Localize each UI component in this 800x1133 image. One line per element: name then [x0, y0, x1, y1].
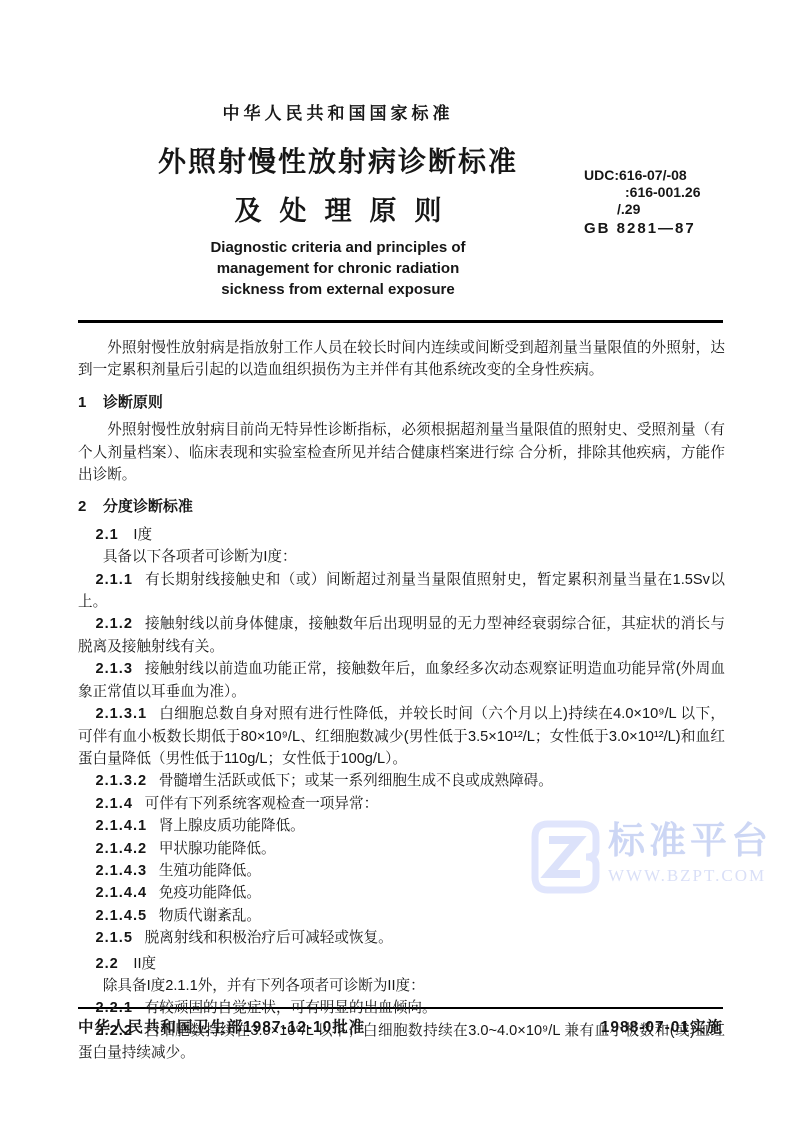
clause-text: 物质代谢紊乱。 — [159, 908, 261, 924]
clause-2-1-4-1: 2.1.4.1肾上腺皮质功能降低。 — [78, 815, 725, 837]
clause-number: 2.1.3.2 — [96, 773, 148, 789]
header-divider-rule — [78, 320, 723, 323]
lead-in-grade1: 具备以下各项者可诊断为I度： — [78, 546, 725, 568]
paragraph-text: 外照射慢性放射病目前尚无特异性诊断指标，必须根据超剂量当量限值的照射史、受照剂量… — [78, 422, 725, 483]
clause-2-1-4-3: 2.1.4.3生殖功能降低。 — [78, 860, 725, 882]
clause-number: 2.2.2 — [96, 1023, 133, 1039]
clause-2-1-2: 2.1.2接触射线以前身体健康，接触数年后出现明显的无力型神经衰弱综合征，其症状… — [78, 613, 725, 658]
clause-2-1-4-5: 2.1.4.5物质代谢紊乱。 — [78, 905, 725, 927]
clause-text: 白细胞总数自身对照有进行性降低，并较长时间（六个月以上)持续在4.0×10⁹/L… — [78, 706, 725, 767]
heading-text: 分度诊断标准 — [103, 498, 193, 515]
clause-text: I度 — [133, 527, 152, 543]
clause-2-1-4-2: 2.1.4.2甲状腺功能降低。 — [78, 838, 725, 860]
clause-text: 骨髓增生活跃或低下；或某一系列细胞生成不良或成熟障碍。 — [159, 773, 553, 789]
standard-number: GB 8281—87 — [584, 220, 701, 237]
lead-in-grade2: 除具备I度2.1.1外，并有下列各项者可诊断为II度： — [78, 975, 725, 997]
clause-text: 接触射线以前造血功能正常，接触数年后，血象经多次动态观察证明造血功能异常(外周血… — [78, 661, 725, 699]
udc-classification: UDC:616-07/-08 :616-001.26 /.29 GB 8281—… — [584, 167, 701, 237]
clause-number: 2.1.2 — [96, 616, 133, 632]
clause-text: 可伴有下列系统客观检查一项异常： — [145, 796, 379, 812]
clause-2-1-5: 2.1.5脱离射线和积极治疗后可减轻或恢复。 — [78, 927, 725, 949]
clause-text: 白细胞数持续在3.0×10⁹/L 以下；白细胞数持续在3.0~4.0×10⁹/L… — [78, 1023, 725, 1061]
english-title-line3: sickness from external exposure — [0, 279, 676, 300]
clause-2-1-4-4: 2.1.4.4免疫功能降低。 — [78, 882, 725, 904]
document-title-line1: 外照射慢性放射病诊断标准 — [0, 140, 676, 180]
document-title-line2: 及处理原则 — [0, 189, 676, 228]
document-page: 中华人民共和国国家标准 外照射慢性放射病诊断标准 及处理原则 Diagnosti… — [0, 0, 800, 1133]
subheading-2-1: 2.1I度 — [78, 524, 725, 546]
english-title-line2: management for chronic radiation — [0, 258, 676, 279]
clause-text: 有较顽固的自觉症状，可有明显的出血倾向。 — [145, 1000, 437, 1016]
clause-number: 2.2 — [96, 956, 119, 972]
heading-text: 诊断原则 — [103, 394, 163, 411]
clause-number: 2.1.4 — [96, 796, 133, 812]
paragraph-text: 具备以下各项者可诊断为I度： — [103, 549, 297, 565]
clause-number: 2.1.4.2 — [96, 841, 148, 857]
udc-line1: UDC:616-07/-08 — [584, 167, 701, 184]
clause-2-2-2: 2.2.2白细胞数持续在3.0×10⁹/L 以下；白细胞数持续在3.0~4.0×… — [78, 1020, 725, 1065]
heading-2: 2分度诊断标准 — [78, 496, 725, 518]
clause-number: 2.1.3 — [96, 661, 133, 677]
clause-text: 肾上腺皮质功能降低。 — [159, 818, 305, 834]
heading-1: 1诊断原则 — [78, 392, 725, 414]
clause-number: 2.2.1 — [96, 1000, 133, 1016]
paragraph-text: 除具备I度2.1.1外，并有下列各项者可诊断为II度： — [103, 978, 425, 994]
clause-number: 2.1.4.3 — [96, 863, 148, 879]
subheading-2-2: 2.2II度 — [78, 953, 725, 975]
clause-text: II度 — [133, 956, 156, 972]
clause-2-1-3-1: 2.1.3.1白细胞总数自身对照有进行性降低，并较长时间（六个月以上)持续在4.… — [78, 703, 725, 770]
clause-2-2-1: 2.2.1有较顽固的自觉症状，可有明显的出血倾向。 — [78, 997, 725, 1019]
intro-paragraph: 外照射慢性放射病是指放射工作人员在较长时间内连续或间断受到超剂量当量限值的外照射… — [78, 337, 725, 382]
heading-number: 1 — [78, 394, 86, 411]
udc-line3: /.29 — [584, 201, 701, 218]
clause-text: 接触射线以前身体健康，接触数年后出现明显的无力型神经衰弱综合征，其症状的消长与脱… — [78, 616, 725, 654]
clause-text: 甲状腺功能降低。 — [159, 841, 276, 857]
clause-number: 2.1.4.4 — [96, 885, 148, 901]
clause-number: 2.1.5 — [96, 930, 133, 946]
section1-paragraph: 外照射慢性放射病目前尚无特异性诊断指标，必须根据超剂量当量限值的照射史、受照剂量… — [78, 419, 725, 486]
clause-2-1-4: 2.1.4可伴有下列系统客观检查一项异常： — [78, 793, 725, 815]
clause-text: 免疫功能降低。 — [159, 885, 261, 901]
clause-text: 生殖功能降低。 — [159, 863, 261, 879]
clause-number: 2.1.1 — [96, 572, 133, 588]
clause-2-1-3: 2.1.3接触射线以前造血功能正常，接触数年后，血象经多次动态观察证明造血功能异… — [78, 658, 725, 703]
document-body: 外照射慢性放射病是指放射工作人员在较长时间内连续或间断受到超剂量当量限值的外照射… — [78, 337, 725, 1065]
clause-text: 有长期射线接触史和（或）间断超过剂量当量限值照射史，暂定累积剂量当量在1.5Sv… — [78, 572, 725, 610]
clause-2-1-3-2: 2.1.3.2骨髓增生活跃或低下；或某一系列细胞生成不良或成熟障碍。 — [78, 770, 725, 792]
clause-2-1-1: 2.1.1有长期射线接触史和（或）间断超过剂量当量限值照射史，暂定累积剂量当量在… — [78, 569, 725, 614]
clause-number: 2.1.4.1 — [96, 818, 148, 834]
english-title-line1: Diagnostic criteria and principles of — [0, 237, 676, 258]
paragraph-text: 外照射慢性放射病是指放射工作人员在较长时间内连续或间断受到超剂量当量限值的外照射… — [78, 340, 725, 378]
clause-number: 2.1.4.5 — [96, 908, 148, 924]
udc-line2: :616-001.26 — [584, 184, 701, 201]
english-title: Diagnostic criteria and principles of ma… — [0, 237, 676, 300]
heading-number: 2 — [78, 498, 86, 515]
clause-number: 2.1.3.1 — [96, 706, 148, 722]
clause-number: 2.1 — [96, 527, 119, 543]
national-standard-label: 中华人民共和国国家标准 — [0, 99, 676, 124]
clause-text: 脱离射线和积极治疗后可减轻或恢复。 — [145, 930, 393, 946]
